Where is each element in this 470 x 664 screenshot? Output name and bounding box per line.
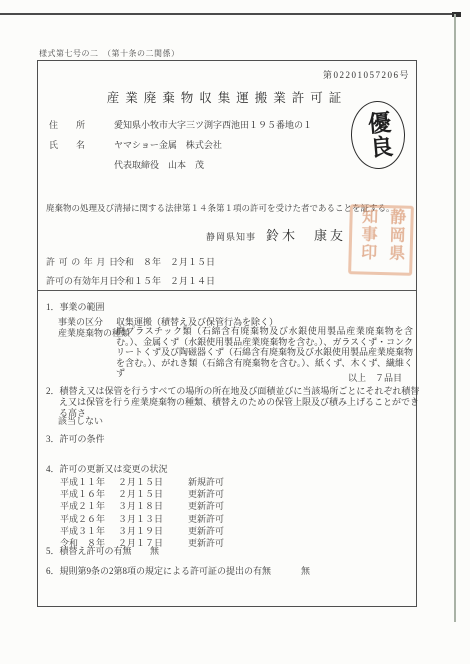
permit-history-row: 平成１６年 ２月１５日 更新許可 [60, 488, 224, 500]
form-number-label: 様式第七号の二 （第十条の二関係） [39, 48, 180, 59]
section6-heading: 6．規則第9条の2第8項の規定による許可証の提出の有無 [46, 564, 271, 577]
section3-heading: 3．許可の条件 [46, 432, 105, 445]
history-month-day: ３月１８日 [118, 500, 172, 512]
history-permit-type: 更新許可 [188, 488, 224, 500]
excellent-rating-stamp: 優良 [350, 100, 406, 170]
company-name-value: ヤマショー金属 株式会社 [114, 138, 222, 151]
section-divider-line [38, 290, 416, 291]
governor-name: 鈴木 康友 [266, 225, 346, 244]
permit-history-row: 平成２１年 ３月１８日 更新許可 [60, 500, 224, 512]
valid-date-label: 許可の有効年月日 [46, 274, 118, 287]
address-label: 住 所 [49, 118, 85, 131]
document-title: 産業廃棄物収集運搬業許可証 [38, 88, 416, 106]
section5-heading: 5．積替え許可の有無 [46, 544, 132, 557]
governor-title: 静岡県知事 [206, 230, 256, 243]
scan-top-edge [0, 13, 461, 15]
history-permit-type: 更新許可 [188, 525, 224, 537]
document-border-frame: 第02201057206号 産業廃棄物収集運搬業許可証 住 所 愛知県小牧市大字… [37, 60, 417, 607]
name-label: 氏 名 [49, 138, 85, 151]
history-era-year: 平成３１年 [60, 525, 114, 537]
section4-heading: 4．許可の更新又は変更の状況 [46, 462, 168, 475]
permit-history-row: 平成３１年 ３月１９日 更新許可 [60, 525, 224, 537]
valid-date-value: 令和１５年 ２月１４日 [116, 274, 215, 287]
address-value: 愛知県小牧市大字三ツ渕字西池田１９５番地の１ [114, 118, 312, 131]
excellent-rating-text: 優良 [364, 110, 391, 160]
permit-date-label: 許可の年月日 [46, 255, 118, 268]
history-era-year: 平成２１年 [60, 500, 114, 512]
history-era-year: 平成２６年 [60, 513, 114, 525]
section6-value: 無 [301, 564, 310, 577]
governor-official-seal: 静岡県知事印 [348, 204, 414, 276]
permit-document-number: 第02201057206号 [323, 68, 410, 81]
waste-item-count: 以上 ７品目 [348, 371, 402, 384]
governor-seal-text: 静岡県知事印 [352, 207, 410, 272]
history-month-day: ２月１５日 [118, 476, 172, 488]
history-permit-type: 新規許可 [188, 476, 224, 488]
history-month-day: ３月１３日 [118, 513, 172, 525]
permit-history-list: 平成１１年 ２月１５日 新規許可 平成１６年 ２月１５日 更新許可 平成２１年 … [60, 476, 224, 549]
representative-value: 代表取締役 山本 茂 [114, 158, 204, 171]
history-permit-type: 更新許可 [188, 500, 224, 512]
certification-statement: 廃棄物の処理及び清掃に関する法律第１４条第１項の許可を受けた者であることを証する… [46, 202, 395, 214]
section1-heading: 1．事業の範囲 [46, 300, 105, 313]
history-era-year: 平成１１年 [60, 476, 114, 488]
history-permit-type: 更新許可 [188, 513, 224, 525]
history-permit-type: 更新許可 [188, 537, 224, 549]
scan-right-edge [454, 14, 456, 622]
permit-history-row: 平成１１年 ２月１５日 新規許可 [60, 476, 224, 488]
history-month-day: ２月１５日 [118, 488, 172, 500]
permit-history-row: 平成２６年 ３月１３日 更新許可 [60, 513, 224, 525]
permit-date-value: 令和 ８年 ２月１５日 [116, 255, 215, 268]
history-month-day: ３月１９日 [118, 525, 172, 537]
section2-value: 該当しない [58, 414, 103, 427]
history-era-year: 平成１６年 [60, 488, 114, 500]
scanned-permit-document: 様式第七号の二 （第十条の二関係） 第02201057206号 産業廃棄物収集運… [0, 0, 470, 664]
section5-value: 無 [150, 544, 159, 557]
